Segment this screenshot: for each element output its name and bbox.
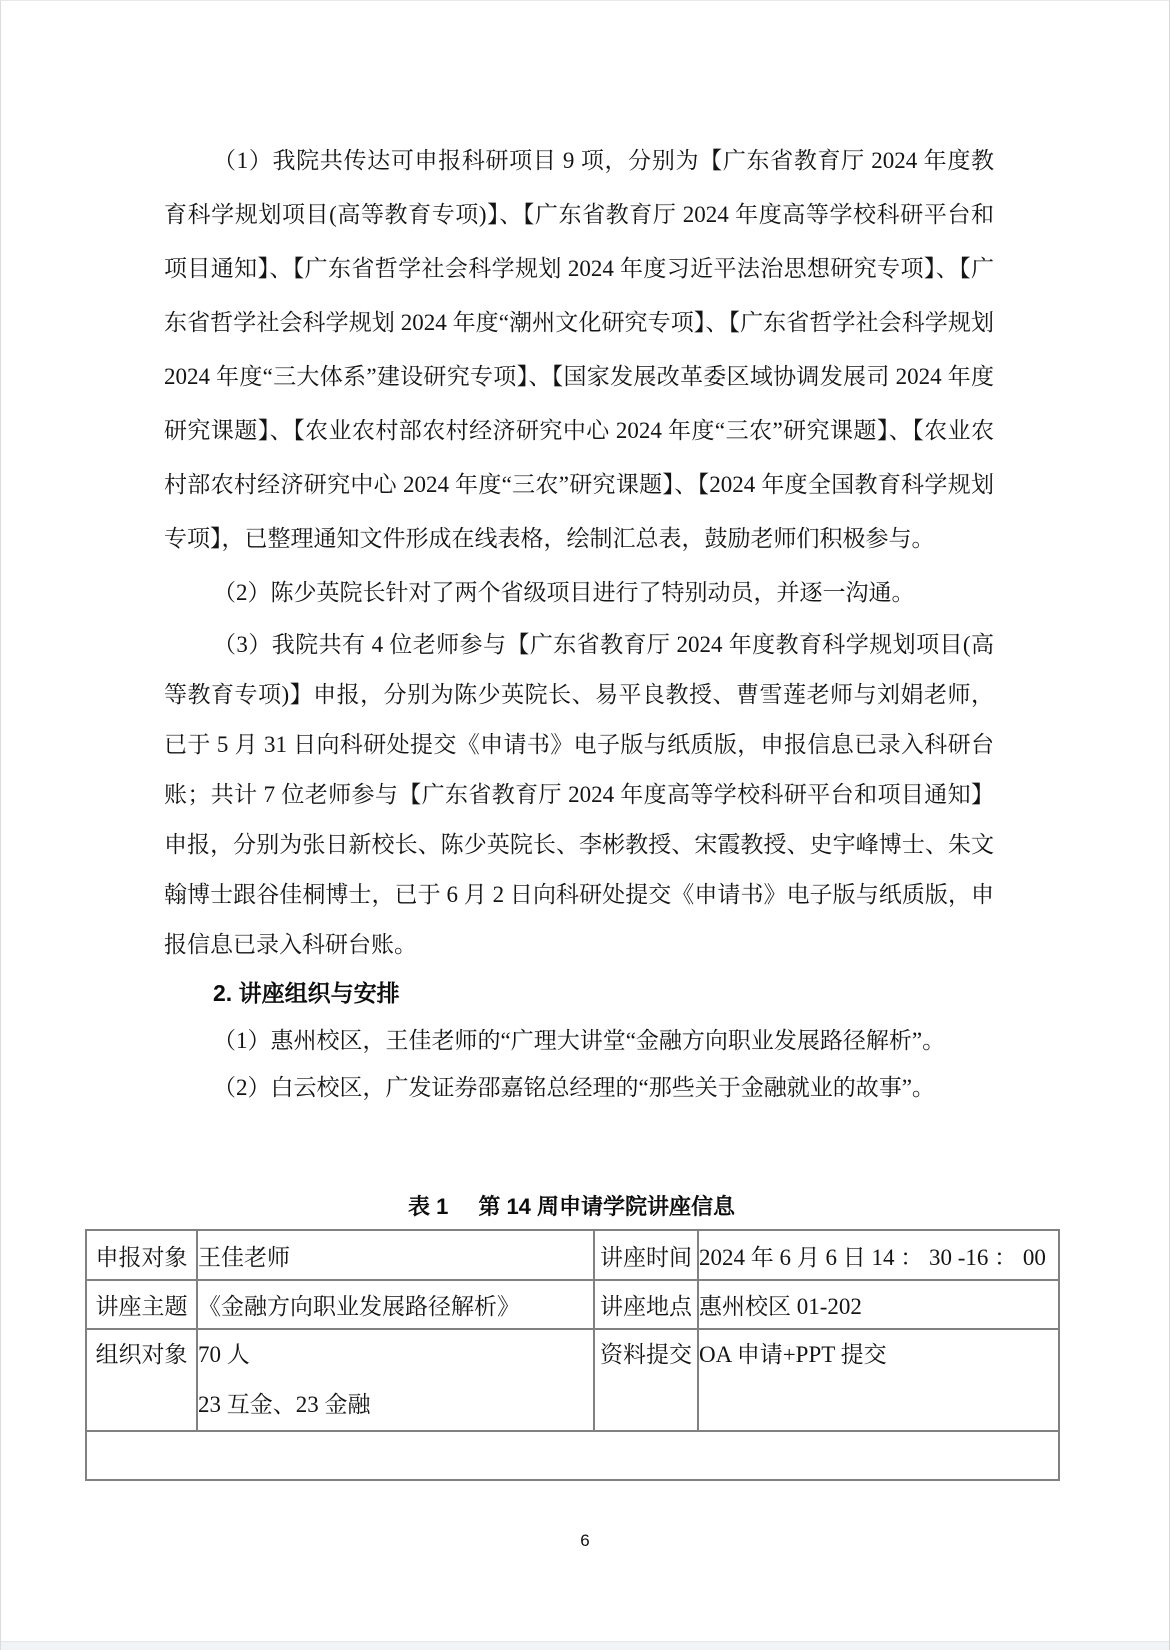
cell-applicant-value: 王佳老师 [197, 1230, 594, 1280]
table-caption: 表 1第 14 周申请学院讲座信息 [85, 1187, 1058, 1227]
cell-location-label: 讲座地点 [594, 1280, 698, 1329]
cell-time-value: 2024 年 6 月 6 日 14 ： 30 -16 ： 00 [698, 1230, 1059, 1280]
table-caption-text: 第 14 周申请学院讲座信息 [478, 1194, 735, 1219]
document-body: （1）我院共传达可申报科研项目 9 项，分别为【广东省教育厅 2024 年度教育… [164, 134, 994, 1111]
paragraph-teacher-applications: （3）我院共有 4 位老师参与【广东省教育厅 2024 年度教育科学规划项目(高… [164, 620, 994, 970]
section-heading-lectures: 2. 讲座组织与安排 [164, 970, 994, 1017]
audience-count: 70 人 [198, 1330, 593, 1380]
lecture-item-huizhou: （1）惠州校区，王佳老师的“广理大讲堂“金融方向职业发展路径解析”。 [164, 1017, 994, 1064]
viewport-bottom-strip [1, 1641, 1169, 1650]
document-page: （1）我院共传达可申报科研项目 9 项，分别为【广东省教育厅 2024 年度教育… [0, 0, 1170, 1650]
table-row: 讲座主题 《金融方向职业发展路径解析》 讲座地点 惠州校区 01-202 [86, 1280, 1059, 1329]
paragraph-research-projects: （1）我院共传达可申报科研项目 9 项，分别为【广东省教育厅 2024 年度教育… [164, 134, 994, 566]
paragraph-dean-mobilization: （2）陈少英院长针对了两个省级项目进行了特别动员，并逐一沟通。 [164, 566, 994, 620]
table-row: 申报对象 王佳老师 讲座时间 2024 年 6 月 6 日 14 ： 30 -1… [86, 1230, 1059, 1280]
audience-classes: 23 互金、23 金融 [198, 1380, 593, 1430]
cell-audience-value: 70 人 23 互金、23 金融 [197, 1329, 594, 1431]
table-row-empty [86, 1431, 1059, 1480]
table-row: 组织对象 70 人 23 互金、23 金融 资料提交 OA 申请+PPT 提交 [86, 1329, 1059, 1431]
cell-topic-value: 《金融方向职业发展路径解析》 [197, 1280, 594, 1329]
cell-location-value: 惠州校区 01-202 [698, 1280, 1059, 1329]
lecture-info-table: 申报对象 王佳老师 讲座时间 2024 年 6 月 6 日 14 ： 30 -1… [85, 1229, 1060, 1481]
cell-materials-label: 资料提交 [594, 1329, 698, 1431]
page-number: 6 [1, 1529, 1169, 1553]
cell-empty [86, 1431, 1059, 1480]
table-caption-label: 表 1 [408, 1194, 448, 1219]
cell-applicant-label: 申报对象 [86, 1230, 197, 1280]
cell-audience-label: 组织对象 [86, 1329, 197, 1431]
cell-materials-value: OA 申请+PPT 提交 [698, 1329, 1059, 1431]
lecture-item-baiyun: （2）白云校区，广发证券邵嘉铭总经理的“那些关于金融就业的故事”。 [164, 1064, 994, 1111]
cell-time-label: 讲座时间 [594, 1230, 698, 1280]
cell-topic-label: 讲座主题 [86, 1280, 197, 1329]
